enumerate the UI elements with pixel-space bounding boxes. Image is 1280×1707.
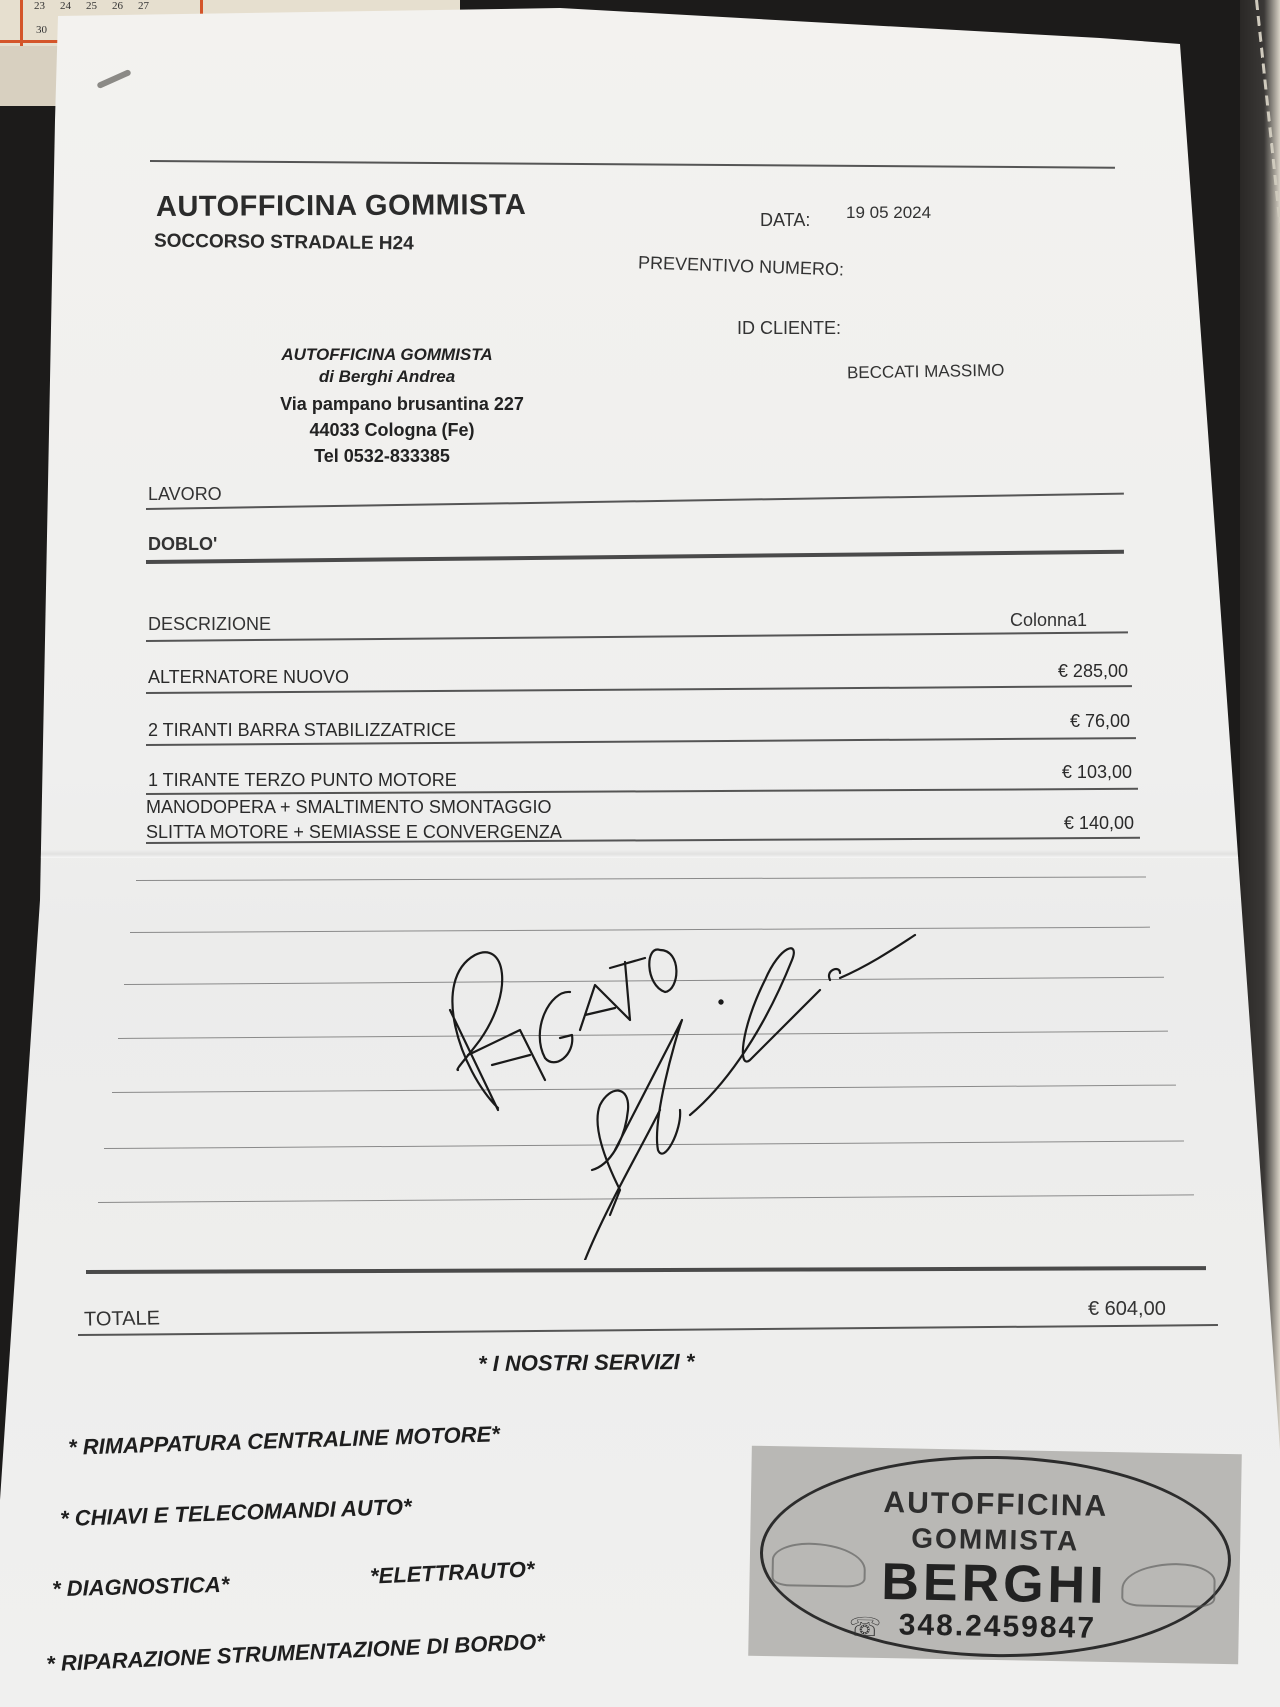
invoice-paper: AUTOFFICINA GOMMISTA SOCCORSO STRADALE H… — [0, 0, 1280, 1707]
desk-surface — [0, 46, 58, 106]
calendar-day: 24 — [60, 0, 71, 12]
table-header-rule — [146, 631, 1128, 642]
company-tagline: SOCCORSO STRADALE H24 — [154, 231, 414, 256]
handwritten-paid-signature — [420, 920, 920, 1260]
paper-fold — [0, 850, 1280, 858]
row-description: ALTERNATORE NUOVO — [148, 667, 349, 688]
total-bottom-rule — [78, 1324, 1218, 1336]
date-label: DATA: — [760, 210, 810, 231]
row-amount: € 285,00 — [1000, 661, 1128, 682]
row-description-line1: MANODOPERA + SMALTIMENTO SMONTAGGIO — [146, 797, 552, 818]
company-name: AUTOFFICINA GOMMISTA — [156, 189, 526, 224]
row-amount: € 76,00 — [1000, 711, 1130, 732]
address-city: 44033 Cologna (Fe) — [262, 420, 522, 441]
stamp-phone-number: 348.2459847 — [898, 1608, 1096, 1645]
column-header-description: DESCRIZIONE — [148, 614, 271, 635]
signature-stroke — [585, 935, 915, 1260]
row-amount: € 140,00 — [1000, 813, 1134, 834]
stamp-line-berghi: BERGHI — [749, 1550, 1240, 1619]
phone-icon: ☏ — [848, 1611, 881, 1643]
client-name: BECCATI MASSIMO — [847, 361, 1005, 384]
job-value-rule — [146, 550, 1124, 564]
pagato-handwriting — [450, 950, 676, 1110]
total-value: € 604,00 — [1088, 1298, 1166, 1321]
address-street: Via pampano brusantina 227 — [262, 394, 542, 415]
service-item: * DIAGNOSTICA* — [52, 1572, 230, 1603]
job-label: LAVORO — [148, 484, 222, 505]
row-description: 1 TIRANTE TERZO PUNTO MOTORE — [148, 770, 457, 791]
staple-mark — [96, 69, 131, 89]
address-owner: di Berghi Andrea — [262, 367, 512, 387]
quote-number-label: PREVENTIVO NUMERO: — [638, 252, 845, 280]
address-company: AUTOFFICINA GOMMISTA — [262, 345, 512, 365]
services-heading: * I NOSTRI SERVIZI * — [478, 1349, 695, 1377]
calendar-day: 23 — [34, 0, 45, 12]
service-item: * RIMAPPATURA CENTRALINE MOTORE* — [68, 1421, 500, 1461]
service-item: * CHIAVI E TELECOMANDI AUTO* — [60, 1494, 412, 1532]
service-item: *ELETTRAUTO* — [370, 1556, 536, 1589]
calendar-day: 30 — [36, 24, 47, 36]
address-phone: Tel 0532-833385 — [262, 446, 502, 467]
calendar-day: 25 — [86, 0, 97, 12]
calendar-day: 27 — [138, 0, 149, 12]
client-id-label: ID CLIENTE: — [737, 318, 841, 339]
date-value: 19 05 2024 — [846, 203, 931, 223]
company-stamp-logo: AUTOFFICINA GOMMISTA BERGHI ☏ 348.245984… — [748, 1446, 1242, 1665]
job-value: DOBLO' — [148, 534, 217, 555]
total-label: TOTALE — [84, 1307, 160, 1331]
job-rule — [146, 493, 1124, 510]
service-item: * RIPARAZIONE STRUMENTAZIONE DI BORDO* — [46, 1629, 546, 1678]
row-description: 2 TIRANTI BARRA STABILIZZATRICE — [148, 720, 456, 741]
total-top-rule — [86, 1266, 1206, 1274]
calendar-day: 26 — [112, 0, 123, 12]
column-header-amount: Colonna1 — [1010, 610, 1087, 631]
empty-row-rule — [136, 876, 1146, 881]
row-amount: € 103,00 — [1000, 762, 1132, 783]
top-rule — [150, 160, 1115, 169]
